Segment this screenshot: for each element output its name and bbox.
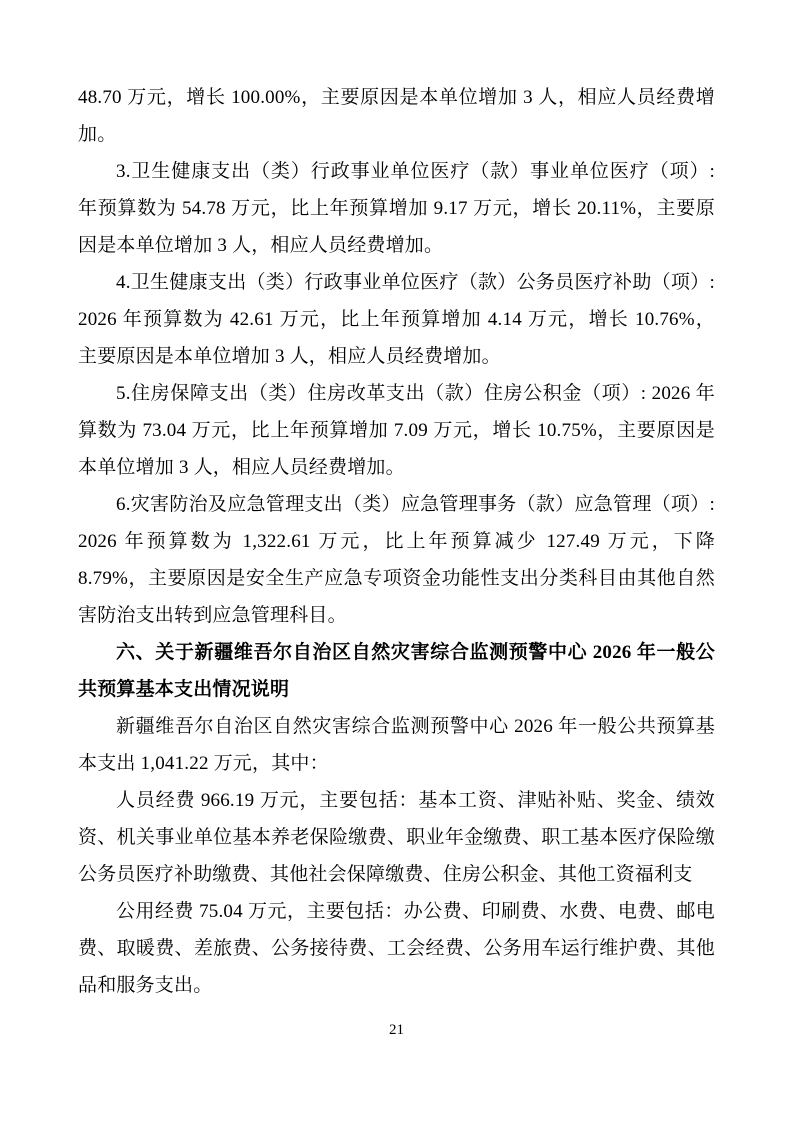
paragraph-item-5-housing-fund: 5.住房保障支出（类）住房改革支出（款）住房公积金（项）: 2026 年预 算数… — [78, 375, 715, 486]
text-line: 2026 年预算数为 42.61 万元，比上年预算增加 4.14 万元，增长 1… — [78, 301, 715, 338]
text-line: 主要原因是本单位增加 3 人，相应人员经费增加。 — [78, 338, 715, 375]
page-number: 21 — [0, 1019, 793, 1041]
document-body: 48.70 万元，增长 100.00%，主要原因是本单位增加 3 人，相应人员经… — [78, 79, 715, 1004]
text-line: 本支出 1,041.22 万元，其中： — [78, 745, 715, 782]
text-line: 费、取暖费、差旅费、公务接待费、工会经费、公务用车运行维护费、其他商 — [78, 930, 715, 967]
text-line: 48.70 万元，增长 100.00%，主要原因是本单位增加 3 人，相应人员经… — [78, 79, 715, 116]
section-heading-line: 六、关于新疆维吾尔自治区自然灾害综合监测预警中心 2026 年一般公 — [78, 634, 715, 671]
text-line: 公务员医疗补助缴费、其他社会保障缴费、住房公积金、其他工资福利支出。 — [78, 856, 715, 893]
text-line: 年预算数为 54.78 万元，比上年预算增加 9.17 万元，增长 20.11%… — [78, 190, 715, 227]
text-line: 资、机关事业单位基本养老保险缴费、职业年金缴费、职工基本医疗保险缴费、 — [78, 819, 715, 856]
text-line: 品和服务支出。 — [78, 967, 715, 1004]
section-six-heading: 六、关于新疆维吾尔自治区自然灾害综合监测预警中心 2026 年一般公 共预算基本… — [78, 634, 715, 708]
paragraph-public-funds: 公用经费 75.04 万元，主要包括：办公费、印刷费、水费、电费、邮电 费、取暖… — [78, 893, 715, 1004]
text-line: 新疆维吾尔自治区自然灾害综合监测预警中心 2026 年一般公共预算基 — [78, 708, 715, 745]
text-line: 5.住房保障支出（类）住房改革支出（款）住房公积金（项）: 2026 年预 — [78, 375, 715, 412]
text-line: 4.卫生健康支出（类）行政事业单位医疗（款）公务员医疗补助（项）: — [78, 264, 715, 301]
document-page: 48.70 万元，增长 100.00%，主要原因是本单位增加 3 人，相应人员经… — [0, 0, 793, 1122]
text-line: 6.灾害防治及应急管理支出（类）应急管理事务（款）应急管理（项）: — [78, 486, 715, 523]
text-line: 害防治支出转到应急管理科目。 — [78, 597, 715, 634]
paragraph-item-4-civil-servant-medical: 4.卫生健康支出（类）行政事业单位医疗（款）公务员医疗补助（项）: 2026 年… — [78, 264, 715, 375]
paragraph-basic-expenditure-total: 新疆维吾尔自治区自然灾害综合监测预警中心 2026 年一般公共预算基 本支出 1… — [78, 708, 715, 782]
text-line: 2026 年预算数为 1,322.61 万元，比上年预算减少 127.49 万元… — [78, 523, 715, 560]
text-line: 3.卫生健康支出（类）行政事业单位医疗（款）事业单位医疗（项）: 2026 — [78, 153, 715, 190]
paragraph-continuation: 48.70 万元，增长 100.00%，主要原因是本单位增加 3 人，相应人员经… — [78, 79, 715, 153]
section-heading-line: 共预算基本支出情况说明 — [78, 671, 715, 708]
paragraph-item-3-health-expenditure: 3.卫生健康支出（类）行政事业单位医疗（款）事业单位医疗（项）: 2026 年预… — [78, 153, 715, 264]
text-line: 因是本单位增加 3 人，相应人员经费增加。 — [78, 227, 715, 264]
text-line: 加。 — [78, 116, 715, 153]
text-line: 算数为 73.04 万元，比上年预算增加 7.09 万元，增长 10.75%，主… — [78, 412, 715, 449]
text-line: 公用经费 75.04 万元，主要包括：办公费、印刷费、水费、电费、邮电 — [78, 893, 715, 930]
paragraph-personnel-funds: 人员经费 966.19 万元，主要包括：基本工资、津贴补贴、奖金、绩效工 资、机… — [78, 782, 715, 893]
text-line: 人员经费 966.19 万元，主要包括：基本工资、津贴补贴、奖金、绩效工 — [78, 782, 715, 819]
paragraph-item-6-emergency-management: 6.灾害防治及应急管理支出（类）应急管理事务（款）应急管理（项）: 2026 年… — [78, 486, 715, 634]
text-line: 8.79%，主要原因是安全生产应急专项资金功能性支出分类科目由其他自然灾 — [78, 560, 715, 597]
text-line: 本单位增加 3 人，相应人员经费增加。 — [78, 449, 715, 486]
